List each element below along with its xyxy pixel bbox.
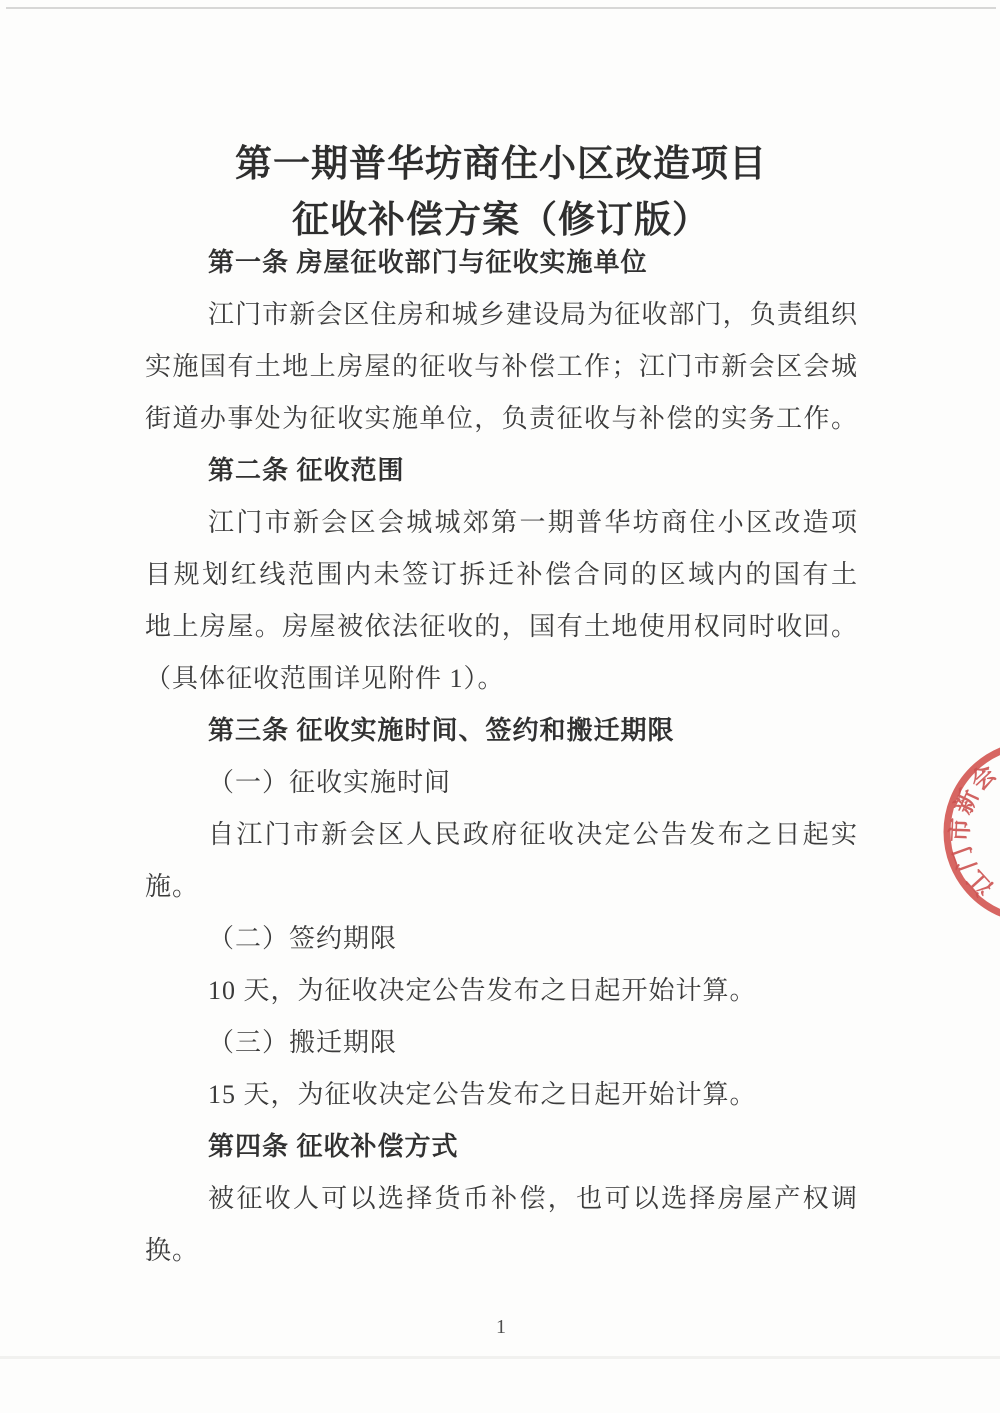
document-body: 第一条 房屋征收部门与征收实施单位 江门市新会区住房和城乡建设局为征收部门，负责…	[145, 237, 857, 1277]
seal-text: 江门市新会	[947, 758, 1000, 901]
document-line: 10 天，为征收决定公告发布之日起开始计算。	[145, 965, 857, 1017]
document-line: 第一条 房屋征收部门与征收实施单位	[145, 237, 857, 289]
document-line: 施。	[145, 861, 857, 913]
scan-artifact-line	[6, 7, 996, 9]
document-line: 第二条 征收范围	[145, 445, 857, 497]
document-title: 第一期普华坊商住小区改造项目	[145, 137, 857, 193]
document-line: 自江门市新会区人民政府征收决定公告发布之日起实	[145, 809, 857, 861]
document-line: （二）签约期限	[145, 913, 857, 965]
document-line: 江门市新会区住房和城乡建设局为征收部门，负责组织	[145, 289, 857, 341]
document-title-block: 第一期普华坊商住小区改造项目 征收补偿方案（修订版）	[145, 137, 857, 249]
document-line: （一）征收实施时间	[145, 757, 857, 809]
document-line: 第三条 征收实施时间、签约和搬迁期限	[145, 705, 857, 757]
official-seal: 江门市新会	[900, 710, 1000, 960]
document-line: 换。	[145, 1225, 857, 1277]
document-line: 目规划红线范围内未签订拆迁补偿合同的区域内的国有土	[145, 549, 857, 601]
svg-text:江门市新会: 江门市新会	[947, 758, 1000, 901]
document-line: 街道办事处为征收实施单位，负责征收与补偿的实务工作。	[145, 393, 857, 445]
document-line: 江门市新会区会城城郊第一期普华坊商住小区改造项	[145, 497, 857, 549]
document-line: （具体征收范围详见附件 1）。	[145, 653, 857, 705]
page-number: 1	[145, 1316, 857, 1339]
document-line: 被征收人可以选择货币补偿，也可以选择房屋产权调	[145, 1173, 857, 1225]
document-line: 第四条 征收补偿方式	[145, 1121, 857, 1173]
document-page: 第一期普华坊商住小区改造项目 征收补偿方案（修订版） 第一条 房屋征收部门与征收…	[0, 0, 1000, 1413]
document-line: 地上房屋。房屋被依法征收的，国有土地使用权同时收回。	[145, 601, 857, 653]
document-line: 15 天，为征收决定公告发布之日起开始计算。	[145, 1069, 857, 1121]
document-line: （三）搬迁期限	[145, 1017, 857, 1069]
scan-artifact-smudge	[0, 1356, 1000, 1359]
document-line: 实施国有土地上房屋的征收与补偿工作；江门市新会区会城	[145, 341, 857, 393]
